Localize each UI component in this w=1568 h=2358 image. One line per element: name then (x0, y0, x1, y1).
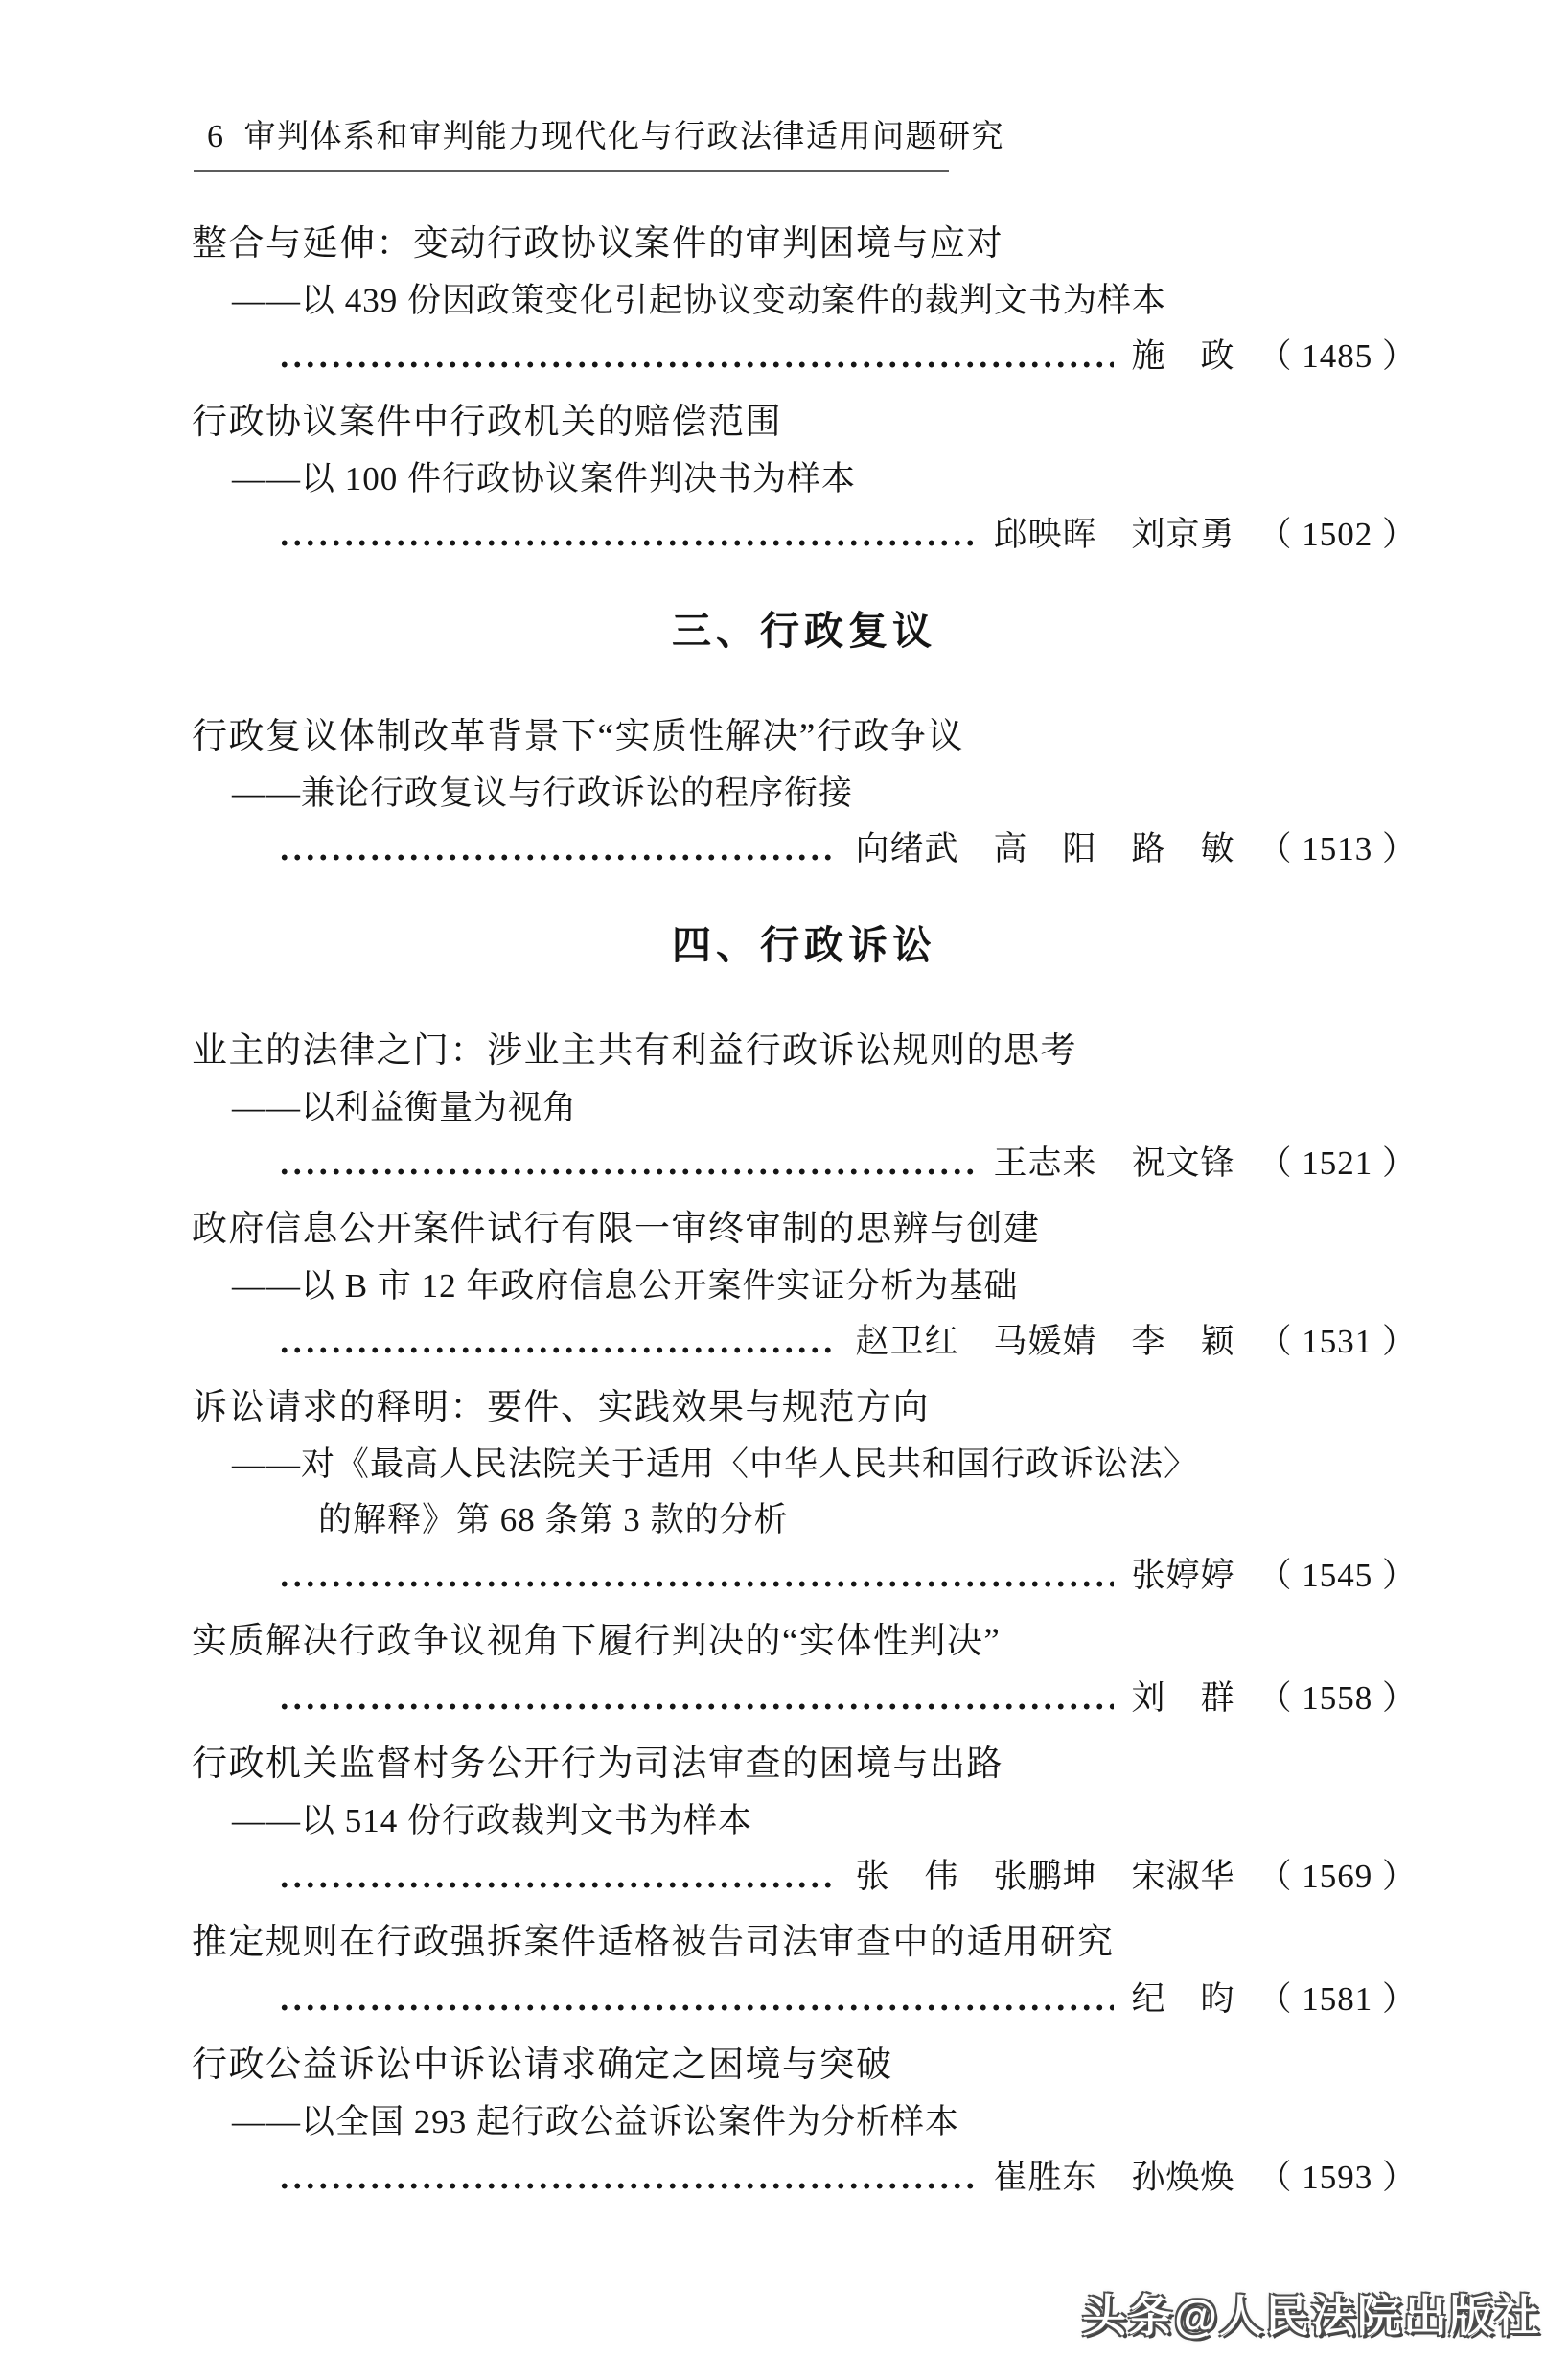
entry-subtitle: ——以 100 件行政协议案件判决书为样本 (192, 451, 1417, 507)
entry-title: 整合与延伸：变动行政协议案件的审判困境与应对 (192, 216, 1417, 273)
toc-entry: 行政复议体制改革背景下“实质性解决”行政争议——兼论行政复议与行政诉讼的程序衔接… (192, 708, 1417, 877)
dot-leader (278, 1168, 976, 1175)
entry-page-number: （ 1502 ） (1257, 507, 1417, 563)
entry-page-number: （ 1558 ） (1257, 1671, 1417, 1726)
entry-title: 行政协议案件中行政机关的赔偿范围 (192, 394, 1417, 451)
entry-title: 业主的法律之门：涉业主共有利益行政诉讼规则的思考 (192, 1023, 1417, 1080)
entry-title: 行政公益诉讼中诉讼请求确定之困境与突破 (192, 2037, 1417, 2094)
dot-leader (278, 2183, 976, 2189)
toc-entry: 诉讼请求的释明：要件、实践效果与规范方向——对《最高人民法院关于适用〈中华人民共… (192, 1379, 1417, 1604)
entry-authors: 张 伟 张鹏坤 宋淑华 (855, 1849, 1234, 1905)
page-number: 6 (207, 119, 225, 155)
toc-list: 整合与延伸：变动行政协议案件的审判困境与应对——以 439 份因政策变化引起协议… (192, 216, 1417, 2206)
dot-leader (278, 1882, 838, 1888)
entry-authors: 纪 昀 (1131, 1972, 1234, 2027)
leader-line: 刘 群（ 1558 ） (192, 1671, 1417, 1726)
dot-leader (278, 2004, 1114, 2011)
entry-title: 政府信息公开案件试行有限一审终审制的思辨与创建 (192, 1201, 1417, 1259)
toc-entry: 行政机关监督村务公开行为司法审查的困境与出路——以 514 份行政裁判文书为样本… (192, 1736, 1417, 1905)
entry-subtitle: ——以利益衡量为视角 (192, 1080, 1417, 1136)
entry-page-number: （ 1531 ） (1257, 1314, 1417, 1370)
entry-subtitle: ——以全国 293 起行政公益诉讼案件为分析样本 (192, 2094, 1417, 2150)
publisher-watermark: 头条@人民法院出版社 (1082, 2281, 1541, 2345)
entry-title: 行政机关监督村务公开行为司法审查的困境与出路 (192, 1736, 1417, 1793)
toc-entry: 业主的法律之门：涉业主共有利益行政诉讼规则的思考——以利益衡量为视角王志来 祝文… (192, 1023, 1417, 1191)
dot-leader (278, 854, 838, 861)
entry-subtitle: ——对《最高人民法院关于适用〈中华人民共和国行政诉讼法〉 (192, 1437, 1417, 1492)
dot-leader (278, 540, 976, 546)
leader-line: 施 政（ 1485 ） (192, 329, 1417, 384)
entry-subtitle: 的解释》第 68 条第 3 款的分析 (192, 1492, 1417, 1548)
toc-entry: 推定规则在行政强拆案件适格被告司法审查中的适用研究纪 昀（ 1581 ） (192, 1914, 1417, 2027)
entry-title: 推定规则在行政强拆案件适格被告司法审查中的适用研究 (192, 1914, 1417, 1972)
toc-entry: 政府信息公开案件试行有限一审终审制的思辨与创建——以 B 市 12 年政府信息公… (192, 1201, 1417, 1370)
entry-authors: 王志来 祝文锋 (993, 1136, 1234, 1191)
entry-page-number: （ 1581 ） (1257, 1972, 1417, 2027)
toc-entry: 行政公益诉讼中诉讼请求确定之困境与突破——以全国 293 起行政公益诉讼案件为分… (192, 2037, 1417, 2206)
leader-line: 邱映晖 刘京勇（ 1502 ） (192, 507, 1417, 563)
entry-authors: 向绪武 高 阳 路 敏 (855, 821, 1234, 877)
leader-line: 崔胜东 孙焕焕（ 1593 ） (192, 2150, 1417, 2206)
entry-authors: 崔胜东 孙焕焕 (993, 2150, 1234, 2206)
entry-page-number: （ 1569 ） (1257, 1849, 1417, 1905)
entry-page-number: （ 1513 ） (1257, 821, 1417, 877)
leader-line: 张 伟 张鹏坤 宋淑华（ 1569 ） (192, 1849, 1417, 1905)
leader-line: 王志来 祝文锋（ 1521 ） (192, 1136, 1417, 1191)
dot-leader (278, 1347, 838, 1353)
entry-page-number: （ 1545 ） (1257, 1548, 1417, 1604)
entry-page-number: （ 1521 ） (1257, 1136, 1417, 1191)
entry-authors: 邱映晖 刘京勇 (993, 507, 1234, 563)
section-heading: 四、行政诉讼 (192, 919, 1417, 971)
entry-subtitle: ——兼论行政复议与行政诉讼的程序衔接 (192, 766, 1417, 821)
entry-page-number: （ 1593 ） (1257, 2150, 1417, 2206)
entry-authors: 张婷婷 (1131, 1548, 1234, 1604)
toc-entry: 实质解决行政争议视角下履行判决的“实体性判决”刘 群（ 1558 ） (192, 1613, 1417, 1726)
entry-title: 行政复议体制改革背景下“实质性解决”行政争议 (192, 708, 1417, 766)
page-content: 6 审判体系和审判能力现代化与行政法律适用问题研究 整合与延伸：变动行政协议案件… (192, 111, 1417, 2215)
leader-line: 张婷婷（ 1545 ） (192, 1548, 1417, 1604)
entry-subtitle: ——以 B 市 12 年政府信息公开案件实证分析为基础 (192, 1259, 1417, 1314)
entry-title: 诉讼请求的释明：要件、实践效果与规范方向 (192, 1379, 1417, 1437)
dot-leader (278, 1703, 1114, 1710)
entry-authors: 赵卫红 马媛婧 李 颖 (855, 1314, 1234, 1370)
entry-page-number: （ 1485 ） (1257, 329, 1417, 384)
toc-entry: 整合与延伸：变动行政协议案件的审判困境与应对——以 439 份因政策变化引起协议… (192, 216, 1417, 384)
leader-line: 赵卫红 马媛婧 李 颖（ 1531 ） (192, 1314, 1417, 1370)
entry-subtitle: ——以 439 份因政策变化引起协议变动案件的裁判文书为样本 (192, 273, 1417, 329)
toc-entry: 行政协议案件中行政机关的赔偿范围——以 100 件行政协议案件判决书为样本邱映晖… (192, 394, 1417, 563)
leader-line: 向绪武 高 阳 路 敏（ 1513 ） (192, 821, 1417, 877)
entry-authors: 施 政 (1131, 329, 1234, 384)
entry-authors: 刘 群 (1131, 1671, 1234, 1726)
entry-subtitle: ——以 514 份行政裁判文书为样本 (192, 1793, 1417, 1849)
header-rule (194, 170, 949, 172)
dot-leader (278, 1581, 1114, 1587)
section-heading: 三、行政复议 (192, 605, 1417, 657)
running-head: 6 审判体系和审判能力现代化与行政法律适用问题研究 (192, 111, 1417, 156)
dot-leader (278, 361, 1114, 368)
leader-line: 纪 昀（ 1581 ） (192, 1972, 1417, 2027)
running-head-title: 审判体系和审判能力现代化与行政法律适用问题研究 (244, 111, 1005, 156)
entry-title: 实质解决行政争议视角下履行判决的“实体性判决” (192, 1613, 1417, 1671)
